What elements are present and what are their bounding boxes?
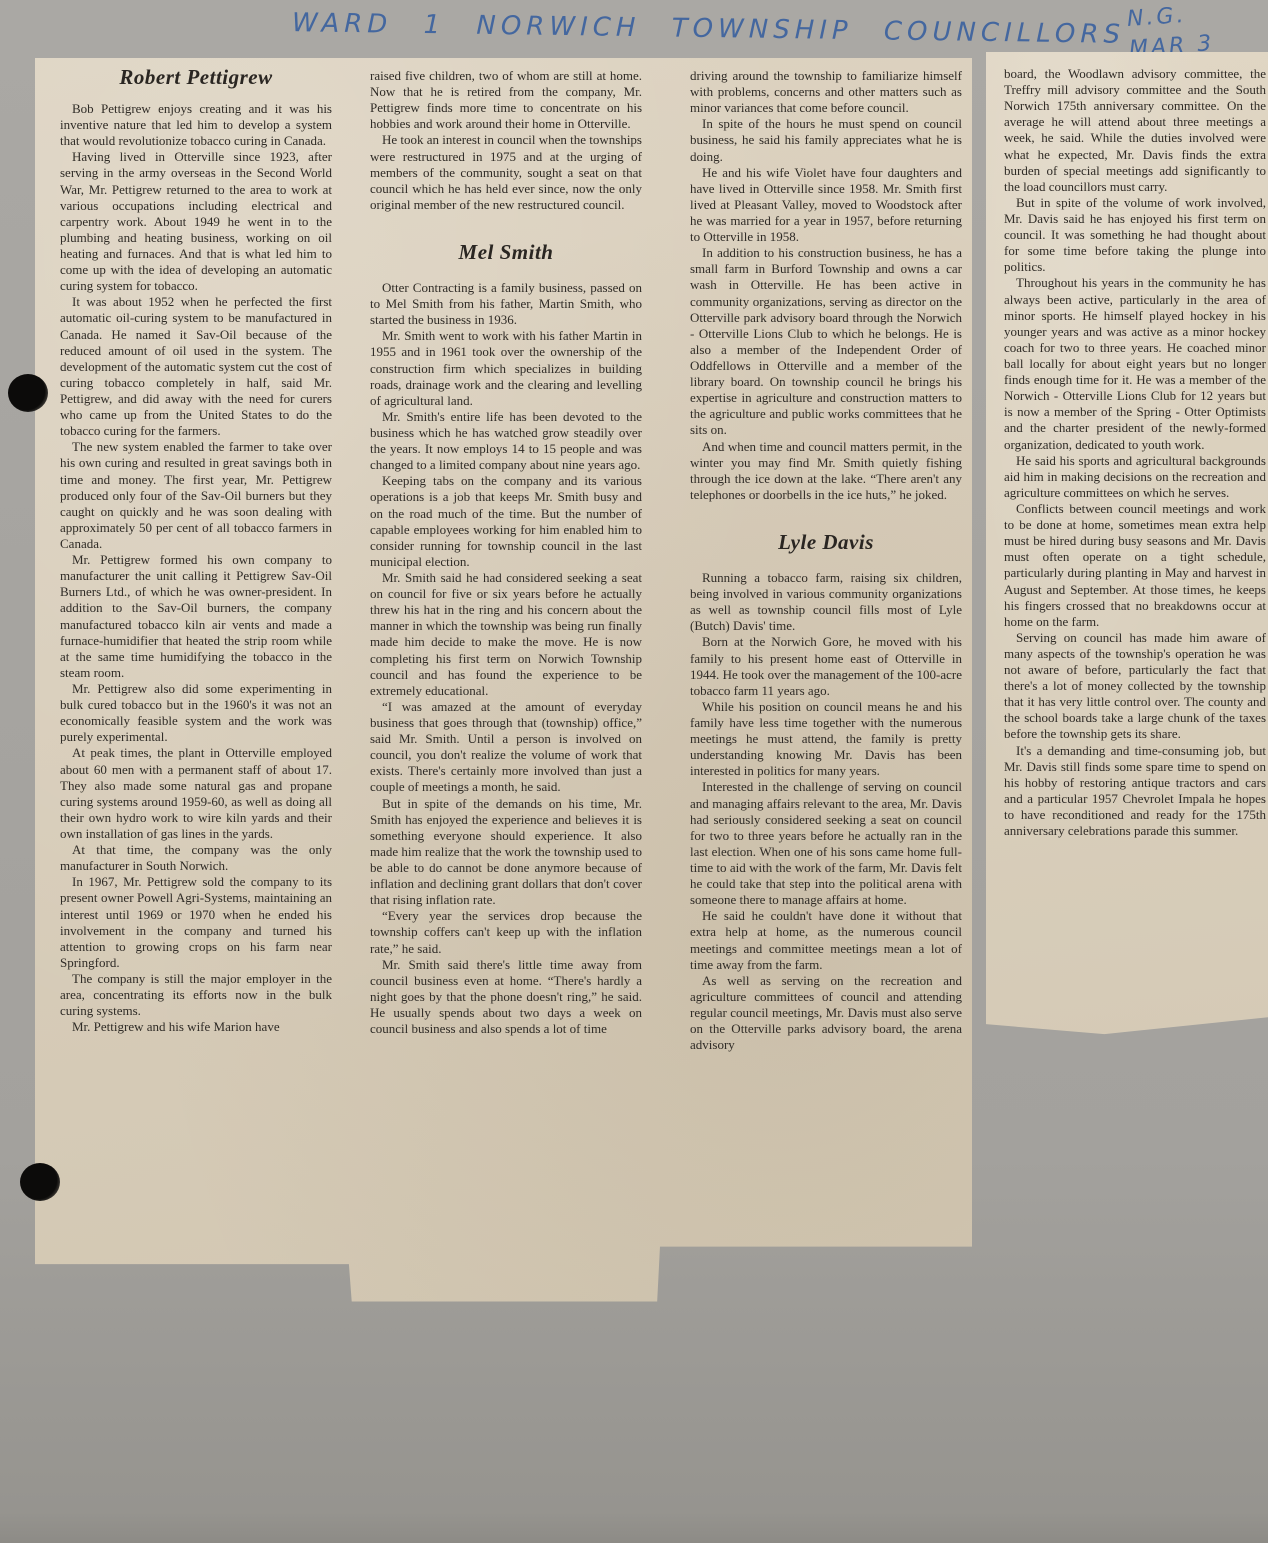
article-paragraph: Serving on council has made him aware of… bbox=[1004, 630, 1266, 743]
article-paragraph: At that time, the company was the only m… bbox=[60, 842, 332, 874]
section-headline: Mel Smith bbox=[370, 239, 642, 265]
article-paragraph: board, the Woodlawn advisory committee, … bbox=[1004, 66, 1266, 195]
article-paragraph: The company is still the major employer … bbox=[60, 971, 332, 1019]
article-paragraph: As well as serving on the recreation and… bbox=[690, 973, 962, 1054]
article-paragraph: Keeping tabs on the company and its vari… bbox=[370, 473, 642, 570]
article-paragraph: Interested in the challenge of serving o… bbox=[690, 779, 962, 908]
article-paragraph: driving around the township to familiari… bbox=[690, 68, 962, 116]
article-paragraph: Having lived in Otterville since 1923, a… bbox=[60, 149, 332, 294]
article-paragraph: He said he couldn't have done it without… bbox=[690, 908, 962, 972]
article-paragraph: Mr. Smith said there's little time away … bbox=[370, 957, 642, 1038]
article-paragraph: raised five children, two of whom are st… bbox=[370, 68, 642, 132]
section-headline: Robert Pettigrew bbox=[60, 64, 332, 90]
article-paragraph: Mr. Pettigrew also did some experimentin… bbox=[60, 681, 332, 745]
article-paragraph: He said his sports and agricultural back… bbox=[1004, 453, 1266, 501]
article-paragraph: It's a demanding and time-consuming job,… bbox=[1004, 743, 1266, 840]
handwritten-title: WARD 1 NORWICH TOWNSHIP COUNCILLORS bbox=[292, 8, 1125, 50]
article-paragraph: “I was amazed at the amount of everyday … bbox=[370, 699, 642, 796]
article-column-2: raised five children, two of whom are st… bbox=[370, 68, 642, 1037]
article-paragraph: In spite of the hours he must spend on c… bbox=[690, 116, 962, 164]
article-paragraph: Mr. Pettigrew and his wife Marion have bbox=[60, 1019, 332, 1035]
hole-punch-mark-bottom bbox=[20, 1163, 60, 1201]
hole-punch-mark-top bbox=[8, 374, 48, 412]
article-paragraph: Mr. Smith's entire life has been devoted… bbox=[370, 409, 642, 473]
article-paragraph: He and his wife Violet have four daughte… bbox=[690, 165, 962, 246]
article-paragraph: The new system enabled the farmer to tak… bbox=[60, 439, 332, 552]
article-paragraph: Mr. Smith went to work with his father M… bbox=[370, 328, 642, 409]
article-paragraph: And when time and council matters permit… bbox=[690, 439, 962, 503]
scrapbook-page: WARD 1 NORWICH TOWNSHIP COUNCILLORS N.G.… bbox=[0, 0, 1268, 1543]
article-paragraph: Throughout his years in the community he… bbox=[1004, 275, 1266, 452]
article-paragraph: But in spite of the volume of work invol… bbox=[1004, 195, 1266, 276]
article-paragraph: In 1967, Mr. Pettigrew sold the company … bbox=[60, 874, 332, 971]
article-paragraph: At peak times, the plant in Otterville e… bbox=[60, 745, 332, 842]
article-paragraph: It was about 1952 when he perfected the … bbox=[60, 294, 332, 439]
article-column-3: driving around the township to familiari… bbox=[690, 68, 962, 1053]
article-paragraph: Mr. Smith said he had considered seeking… bbox=[370, 570, 642, 699]
article-paragraph: Bob Pettigrew enjoys creating and it was… bbox=[60, 101, 332, 149]
article-paragraph: Mr. Pettigrew formed his own company to … bbox=[60, 552, 332, 681]
article-paragraph: Born at the Norwich Gore, he moved with … bbox=[690, 634, 962, 698]
article-paragraph: In addition to his construction business… bbox=[690, 245, 962, 438]
article-paragraph: He took an interest in council when the … bbox=[370, 132, 642, 213]
article-paragraph: But in spite of the demands on his time,… bbox=[370, 796, 642, 909]
article-paragraph: Running a tobacco farm, raising six chil… bbox=[690, 570, 962, 634]
article-paragraph: Otter Contracting is a family business, … bbox=[370, 280, 642, 328]
article-column-4: board, the Woodlawn advisory committee, … bbox=[1004, 66, 1266, 839]
article-paragraph: While his position on council means he a… bbox=[690, 699, 962, 780]
section-headline: Lyle Davis bbox=[690, 529, 962, 555]
article-paragraph: Conflicts between council meetings and w… bbox=[1004, 501, 1266, 630]
article-column-1: Robert PettigrewBob Pettigrew enjoys cre… bbox=[60, 64, 332, 1035]
article-paragraph: “Every year the services drop because th… bbox=[370, 908, 642, 956]
